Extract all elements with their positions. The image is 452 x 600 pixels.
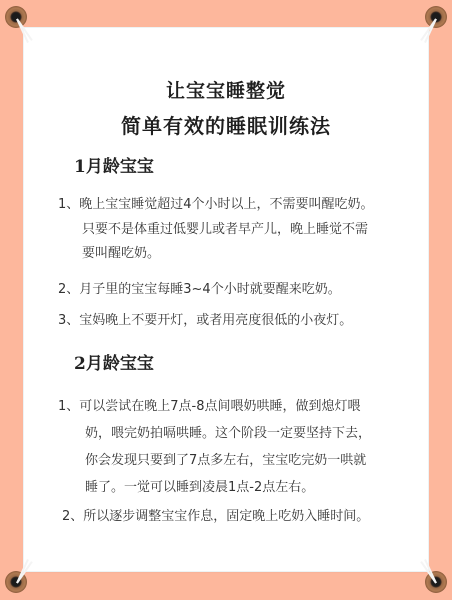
section-heading: 1月龄宝宝 [74,152,154,177]
list-item-text: 2、所以逐步调整宝宝作息，固定晚上吃奶入睡时间。 [62,505,369,530]
list-item: 1、可以尝试在晚上7点-8点间喂奶哄睡，做到熄灯喂 奶，喂完奶拍嗝哄睡。这个阶段… [58,393,371,501]
list-item-text: 奶，喂完奶拍嗝哄睡。这个阶段一定要坚持下去， [58,420,371,447]
list-item-text: 你会发现只要到了7点多左右，宝宝吃完奶一哄就 [58,447,371,474]
list-item-text: 1、可以尝试在晚上7点-8点间喂奶哄睡，做到熄灯喂 [58,393,371,420]
section-heading: 2月龄宝宝 [74,349,154,374]
grommet-icon [5,6,27,28]
page-subtitle: 简单有效的睡眠训练法 [24,110,428,139]
list-item-text: 只要不是体重过低婴儿或者早产儿，晚上睡觉不需 [58,218,374,243]
list-item-text: 睡了。一觉可以睡到凌晨1点-2点左右。 [58,474,371,501]
list-item: 3、宝妈晚上不要开灯，或者用亮度很低的小夜灯。 [58,309,352,334]
list-item-text: 2、月子里的宝宝每睡3~4个小时就要醒来吃奶。 [58,278,341,303]
list-item: 2、所以逐步调整宝宝作息，固定晚上吃奶入睡时间。 [62,505,369,530]
grommet-icon [425,6,447,28]
page-title: 让宝宝睡整觉 [24,76,428,103]
list-item-text: 1、晚上宝宝睡觉超过4个小时以上，不需要叫醒吃奶。 [58,193,374,218]
list-item: 1、晚上宝宝睡觉超过4个小时以上，不需要叫醒吃奶。 只要不是体重过低婴儿或者早产… [58,193,374,267]
list-item-text: 3、宝妈晚上不要开灯，或者用亮度很低的小夜灯。 [58,309,352,334]
list-item-text: 要叫醒吃奶。 [58,242,374,267]
list-item: 2、月子里的宝宝每睡3~4个小时就要醒来吃奶。 [58,278,341,303]
